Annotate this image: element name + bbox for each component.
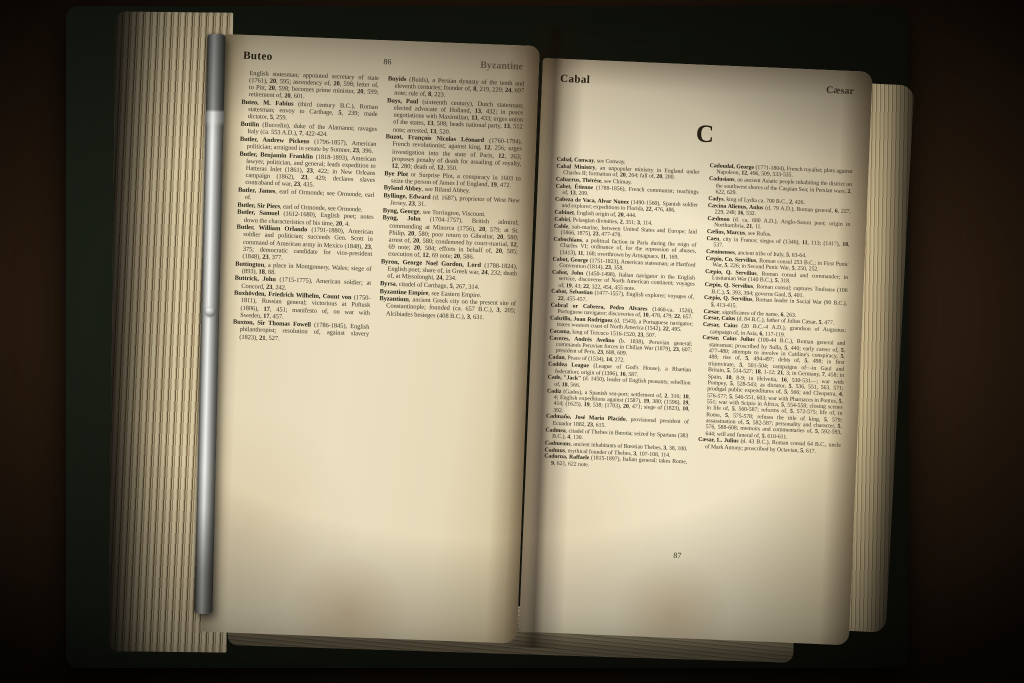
- left-page: Buteo 86 Byzantine English statesman; ap…: [201, 34, 540, 644]
- index-entry: Butler, Benjamin Franklin (1818-1893), A…: [238, 150, 376, 191]
- index-column: Cadoudal, George (1771-1804), French roy…: [697, 163, 853, 479]
- index-entry: Buxhövden, Friedrich Wilhelm, Count von …: [233, 290, 370, 324]
- index-column: Cabal, Conway, see Conway.Cabal Ministry…: [544, 157, 700, 473]
- running-head-word-cabal: Cabal: [560, 73, 591, 86]
- index-entry: Buzot, François Nicolas Léonard (1760-17…: [384, 134, 522, 175]
- right-page-columns: Cabal, Conway, see Conway.Cabal Ministry…: [526, 150, 869, 480]
- section-letter-c: C: [539, 114, 870, 156]
- index-entry: Cæsar, Caius Julius (100-44 B.C.), Roman…: [698, 335, 845, 442]
- index-entry: Byzantium, ancient Greek city on the pre…: [379, 295, 516, 322]
- index-entry: Buxton, Sir Thomas Fowell (1786-1845), E…: [232, 319, 369, 346]
- index-column: Buyids (Buids), a Persian dynasty of the…: [378, 75, 525, 351]
- running-head-word-byzantine: Byzantine: [480, 60, 523, 73]
- running-head-word-caesar: Cæsar: [826, 85, 854, 97]
- index-entry: Byng, John (1704-1757), British admiral;…: [381, 215, 519, 263]
- running-head-word-buteo: Buteo: [243, 50, 273, 63]
- page-number-87: 87: [522, 545, 832, 567]
- right-page: Cabal Cæsar C Cabal, Conway, see Conway.…: [519, 58, 873, 645]
- index-entry: English statesman; appointed secretary o…: [242, 70, 379, 104]
- left-page-columns: English statesman; appointed secretary o…: [212, 61, 538, 352]
- index-entry: Butler, William Orlando (1791-1880), Ame…: [235, 224, 373, 265]
- book-photo-scene: Buteo 86 Byzantine English statesman; ap…: [0, 0, 1024, 683]
- index-column: English statesman; appointed secretary o…: [232, 70, 379, 346]
- index-entry: Buys, Paul (sixteenth century), Dutch st…: [386, 97, 524, 138]
- clamp-screw: [205, 306, 214, 315]
